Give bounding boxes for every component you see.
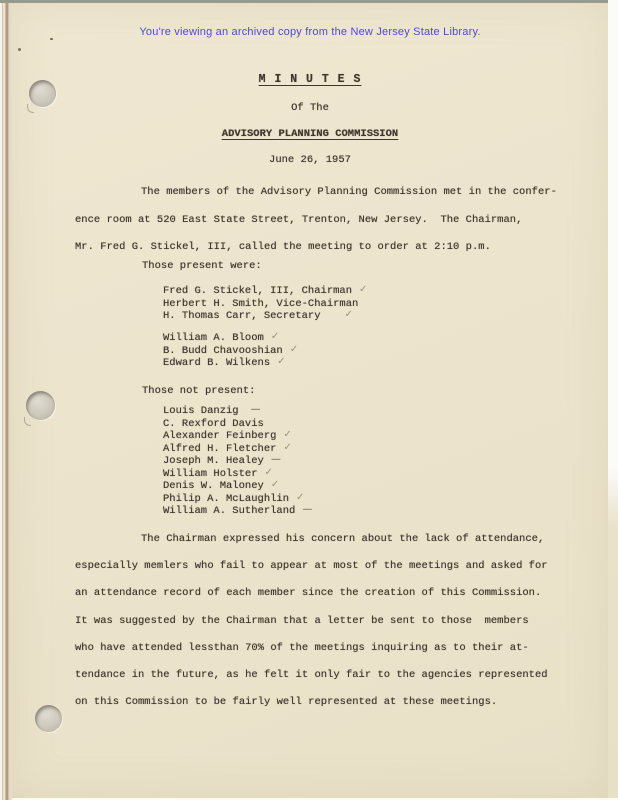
attendee-name: Edward B. Wilkens bbox=[163, 357, 270, 369]
attendee-name: Denis W. Maloney bbox=[163, 480, 264, 492]
page-stack-edges bbox=[0, 3, 12, 800]
paragraph-line: tendance in the future, as he felt it on… bbox=[75, 662, 580, 689]
attendee-name: Philip A. McLaughlin bbox=[163, 493, 289, 505]
commission-name: ADVISORY PLANNING COMMISSION bbox=[12, 128, 608, 140]
pencil-check-mark: ✓ bbox=[265, 467, 273, 478]
paragraph-line: who have attended lessthan 70% of the me… bbox=[75, 635, 580, 662]
attendee-name: William A. Sutherland bbox=[163, 505, 295, 517]
pencil-check-mark: ✓ bbox=[271, 479, 279, 490]
document-title: M I N U T E S bbox=[12, 73, 608, 86]
attendee-name: Fred G. Stickel, III, Chairman bbox=[163, 285, 352, 297]
attendee-row: William A. Sutherland— bbox=[163, 505, 312, 518]
attendee-name: Louis Danzig bbox=[163, 405, 239, 417]
punch-hole-top bbox=[29, 80, 56, 107]
attendee-row: Philip A. McLaughlin✓ bbox=[163, 493, 312, 506]
officers-present-list: Fred G. Stickel, III, Chairman✓ Herbert … bbox=[163, 285, 367, 323]
closing-paragraph: The Chairman expressed his concern about… bbox=[75, 526, 580, 716]
pencil-dash-mark: — bbox=[251, 404, 261, 415]
archive-banner-text: You're viewing an archived copy from the… bbox=[12, 26, 608, 38]
attendee-row: Fred G. Stickel, III, Chairman✓ bbox=[163, 285, 367, 298]
paragraph-line: ence room at 520 East State Street, Tren… bbox=[75, 207, 580, 235]
attendee-row: Alexander Feinberg✓ bbox=[163, 430, 312, 443]
attendee-name: Joseph M. Healey bbox=[163, 455, 264, 467]
attendee-row: H. Thomas Carr, Secretary✓ bbox=[163, 310, 367, 323]
attendee-name: B. Budd Chavooshian bbox=[163, 345, 283, 357]
punch-hole-middle bbox=[26, 391, 55, 420]
paragraph-line: especially memlers who fail to appear at… bbox=[75, 553, 580, 580]
members-absent-list: Louis Danzig— C. Rexford Davis Alexander… bbox=[163, 405, 312, 518]
meeting-date: June 26, 1957 bbox=[12, 154, 608, 166]
attendee-name: C. Rexford Davis bbox=[163, 418, 264, 430]
paragraph-line: Mr. Fred G. Stickel, III, called the mee… bbox=[75, 234, 580, 262]
members-present-list: William A. Bloom✓ B. Budd Chavooshian✓ E… bbox=[163, 332, 298, 370]
paragraph-line: an attendance record of each member sinc… bbox=[75, 580, 580, 607]
pencil-dash-mark: — bbox=[271, 454, 281, 465]
paper-speck bbox=[18, 48, 21, 51]
pencil-check-mark: ✓ bbox=[290, 344, 298, 355]
attendee-row: Alfred H. Fletcher✓ bbox=[163, 443, 312, 456]
attendee-name: Alexander Feinberg bbox=[163, 430, 276, 442]
paragraph-line: on this Commission to be fairly well rep… bbox=[75, 689, 580, 716]
attendee-row: Joseph M. Healey— bbox=[163, 455, 312, 468]
pencil-check-mark: ✓ bbox=[283, 442, 291, 453]
attendee-name: William A. Bloom bbox=[163, 332, 264, 344]
not-present-label: Those not present: bbox=[142, 385, 255, 397]
attendee-row: Denis W. Maloney✓ bbox=[163, 480, 312, 493]
attendee-row: Louis Danzig— bbox=[163, 405, 312, 418]
pencil-check-mark: ✓ bbox=[283, 429, 291, 440]
paragraph-line: The members of the Advisory Planning Com… bbox=[75, 179, 580, 207]
attendee-row: Herbert H. Smith, Vice-Chairman bbox=[163, 298, 367, 311]
pencil-check-mark: ✓ bbox=[359, 284, 367, 295]
pencil-check-mark: ✓ bbox=[271, 331, 279, 342]
intro-paragraph: The members of the Advisory Planning Com… bbox=[75, 179, 580, 262]
present-label: Those present were: bbox=[142, 260, 262, 272]
attendee-row: William A. Bloom✓ bbox=[163, 332, 298, 345]
pencil-dash-mark: — bbox=[302, 504, 312, 515]
document-page: You're viewing an archived copy from the… bbox=[12, 3, 608, 798]
page-corner bbox=[608, 468, 618, 798]
paragraph-line: It was suggested by the Chairman that a … bbox=[75, 608, 580, 635]
attendee-name: H. Thomas Carr, Secretary bbox=[163, 310, 321, 322]
attendee-row: William Holster✓ bbox=[163, 468, 312, 481]
punch-hole-bottom bbox=[35, 705, 62, 732]
title-subline: Of The bbox=[12, 102, 608, 114]
attendee-name: Alfred H. Fletcher bbox=[163, 443, 276, 455]
paragraph-line: The Chairman expressed his concern about… bbox=[75, 526, 580, 553]
attendee-row: Edward B. Wilkens✓ bbox=[163, 357, 298, 370]
paper-speck bbox=[50, 38, 53, 40]
pencil-check-mark: ✓ bbox=[296, 492, 304, 503]
pencil-check-mark: ✓ bbox=[277, 356, 285, 367]
pencil-check-mark: ✓ bbox=[345, 309, 353, 320]
attendee-name: William Holster bbox=[163, 468, 258, 480]
attendee-name: Herbert H. Smith, Vice-Chairman bbox=[163, 298, 358, 310]
scanned-document: You're viewing an archived copy from the… bbox=[0, 0, 618, 800]
